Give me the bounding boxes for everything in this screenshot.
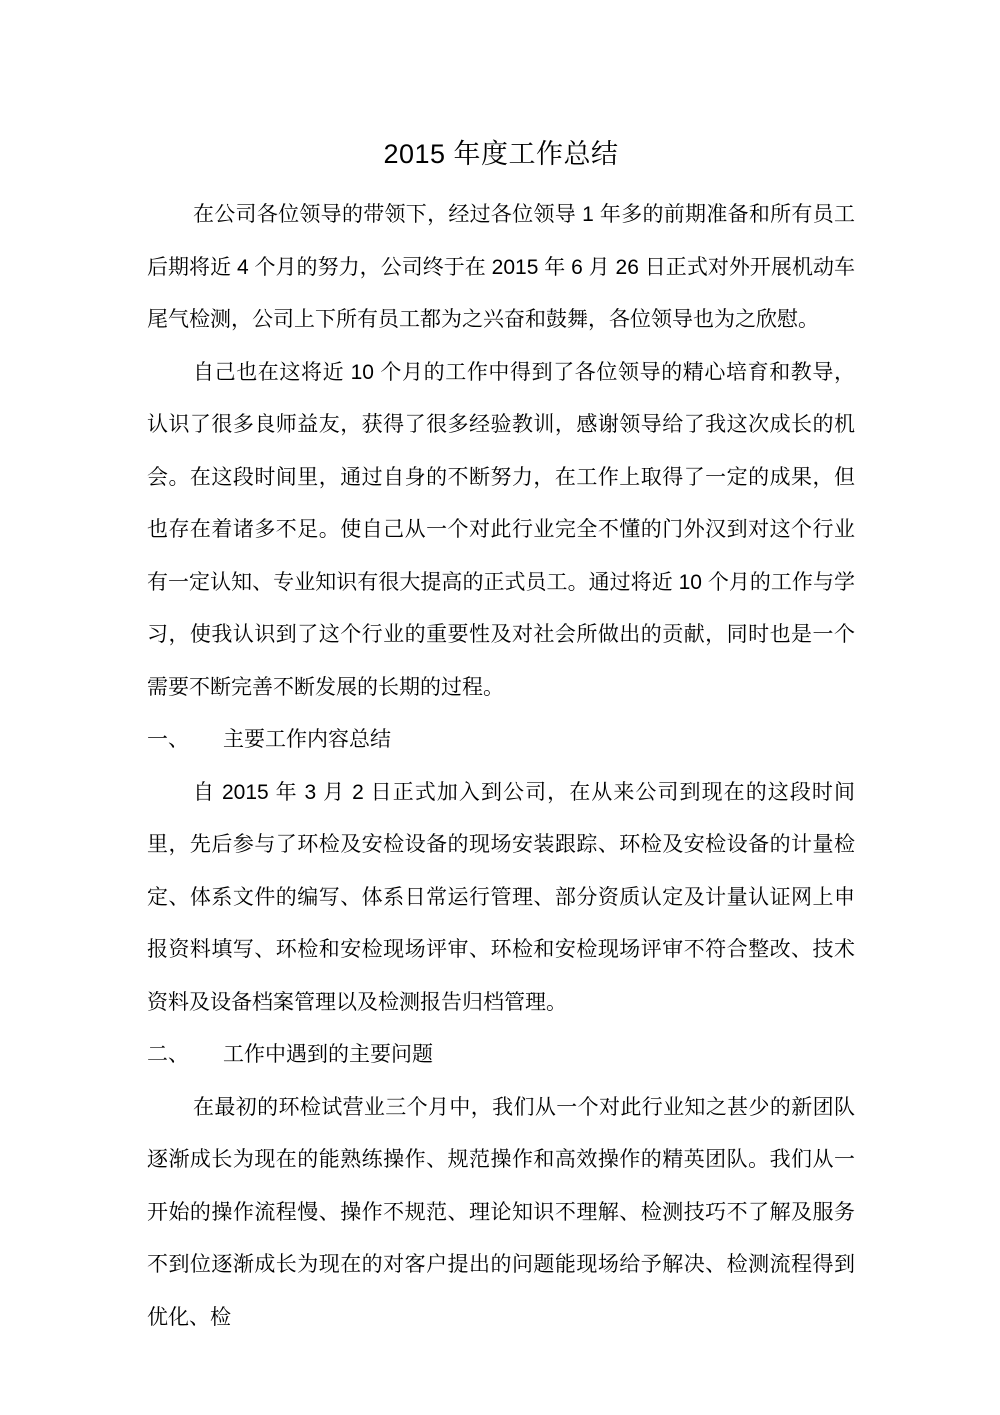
section-number: 一、	[147, 714, 223, 767]
document-content: 2015 年度工作总结 在公司各位领导的带领下，经过各位领导 1 年多的前期准备…	[0, 0, 1000, 1344]
document-body: 在公司各位领导的带领下，经过各位领导 1 年多的前期准备和所有员工后期将近 4 …	[147, 189, 855, 1344]
document-page: 2015 年度工作总结 在公司各位领导的带领下，经过各位领导 1 年多的前期准备…	[0, 0, 1000, 1415]
section-heading: 二、工作中遇到的主要问题	[147, 1029, 855, 1082]
section-title: 主要工作内容总结	[223, 728, 391, 751]
paragraph: 自 2015 年 3 月 2 日正式加入到公司，在从来公司到现在的这段时间里，先…	[147, 767, 855, 1030]
section-title: 工作中遇到的主要问题	[223, 1043, 433, 1066]
paragraph: 在公司各位领导的带领下，经过各位领导 1 年多的前期准备和所有员工后期将近 4 …	[147, 189, 855, 347]
paragraph: 在最初的环检试营业三个月中，我们从一个对此行业知之甚少的新团队逐渐成长为现在的能…	[147, 1082, 855, 1345]
section-heading: 一、主要工作内容总结	[147, 714, 855, 767]
paragraph: 自己也在这将近 10 个月的工作中得到了各位领导的精心培育和教导，认识了很多良师…	[147, 347, 855, 715]
document-title: 2015 年度工作总结	[147, 128, 855, 180]
section-number: 二、	[147, 1029, 223, 1082]
